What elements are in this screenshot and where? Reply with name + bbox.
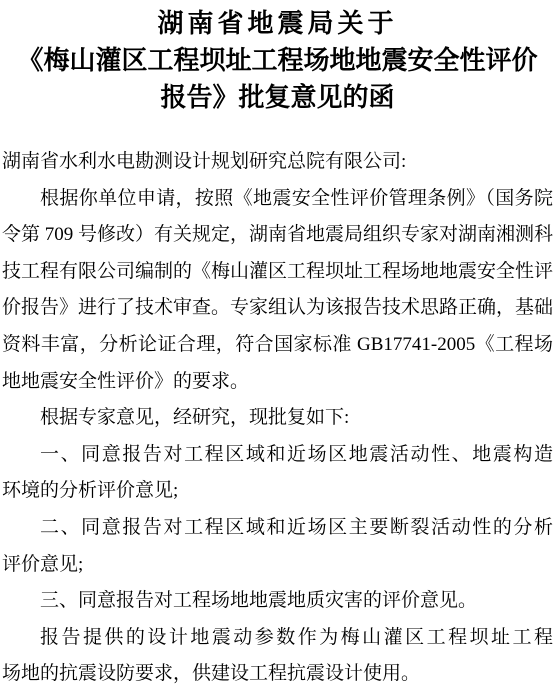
body-line: 场地的抗震设防要求，供建设工程抗震设计使用。 — [2, 656, 553, 690]
body-line: 根据你单位申请，按照《地震安全性评价管理条例》（国务院 — [2, 181, 553, 218]
document-title: 湖南省地震局关于 《梅山灌区工程坝址工程场地地震安全性评价 报告》批复意见的函 — [0, 0, 555, 116]
body-line: 评价意见; — [2, 547, 553, 584]
document-page: 湖南省地震局关于 《梅山灌区工程坝址工程场地地震安全性评价 报告》批复意见的函 … — [0, 0, 555, 690]
body-line: 技工程有限公司编制的《梅山灌区工程坝址工程场地地震安全性评 — [2, 254, 553, 291]
body-line: 地地震安全性评价》的要求。 — [2, 364, 553, 401]
body-line: 令第 709 号修改）有关规定，湖南省地震局组织专家对湖南湘测科 — [2, 217, 553, 254]
body-line: 价报告》进行了技术审查。专家组认为该报告技术思路正确，基础 — [2, 290, 553, 327]
salutation-line: 湖南省水利水电勘测设计规划研究总院有限公司: — [2, 144, 553, 181]
body-line-item-1: 一、同意报告对工程区域和近场区地震活动性、地震构造 — [2, 437, 553, 474]
body-line: 环境的分析评价意见; — [2, 473, 553, 510]
body-line: 资料丰富，分析论证合理，符合国家标准 GB17741-2005《工程场 — [2, 327, 553, 364]
body-line: 根据专家意见，经研究，现批复如下: — [2, 400, 553, 437]
document-title-line-3: 报告》批复意见的函 — [0, 79, 555, 116]
body-line-item-3: 三、同意报告对工程场地地震地质灾害的评价意见。 — [2, 583, 553, 620]
document-title-line-2: 《梅山灌区工程坝址工程场地地震安全性评价 — [0, 42, 555, 79]
body-line-item-2: 二、同意报告对工程区域和近场区主要断裂活动性的分析 — [2, 510, 553, 547]
document-title-line-1: 湖南省地震局关于 — [0, 5, 555, 42]
document-body: 湖南省水利水电勘测设计规划研究总院有限公司: 根据你单位申请，按照《地震安全性评… — [0, 144, 555, 690]
body-line: 报告提供的设计地震动参数作为梅山灌区工程坝址工程 — [2, 620, 553, 657]
